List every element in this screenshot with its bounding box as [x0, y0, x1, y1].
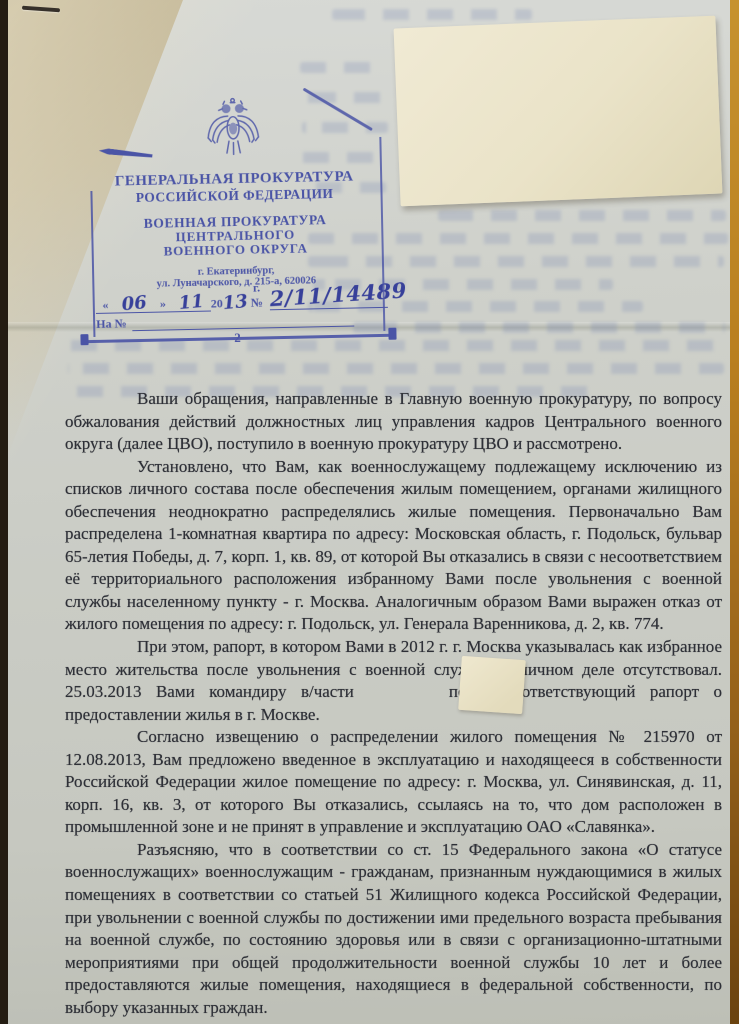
handwritten-month: 11	[178, 294, 204, 312]
quote-close: »	[160, 296, 166, 311]
background-right-edge	[729, 0, 739, 1024]
cover-sticker-large	[394, 16, 723, 207]
date-underline: « 06 » 11	[96, 295, 211, 314]
stamp-corner-mark-left	[80, 334, 88, 345]
year-prefix: 20	[211, 296, 223, 311]
stamp-corner-mark-right	[388, 328, 396, 340]
handwritten-day: 06	[121, 295, 147, 313]
letter-body: Ваши обращения, направленные в Главную в…	[65, 388, 722, 1019]
prosecutor-office-stamp: ГЕНЕРАЛЬНАЯ ПРОКУРАТУРА РОССИЙСКОЙ ФЕДЕР…	[81, 93, 388, 343]
paragraph-4: Согласно извещению о распределении жилог…	[65, 726, 722, 839]
document-page: ГЕНЕРАЛЬНАЯ ПРОКУРАТУРА РОССИЙСКОЙ ФЕДЕР…	[8, 0, 730, 1024]
paragraph-5: Разъясняю, что в соответствии со ст. 15 …	[65, 839, 722, 1019]
paragraph-1: Ваши обращения, направленные в Главную в…	[65, 388, 722, 456]
paragraph-3: При этом, рапорт, в котором Вами в 2012 …	[65, 636, 722, 726]
bleed-through-text-line	[438, 210, 726, 221]
cover-sticker-small	[458, 656, 526, 714]
bleed-through-text-line	[68, 363, 724, 374]
handwritten-doc-number: 2/11/14489	[269, 281, 407, 308]
ref-label: На №	[96, 316, 127, 332]
stamp-corner-slash-left	[98, 148, 152, 159]
bleed-through-text-line	[353, 322, 725, 333]
stamp-corner-slash-right	[303, 88, 373, 132]
coat-of-arms-eagle-icon	[200, 95, 265, 164]
quote-open: «	[102, 298, 108, 313]
handwritten-year: 13	[222, 294, 248, 312]
number-underline: 2/11/14489	[269, 286, 387, 310]
bleed-through-text-line	[300, 62, 386, 73]
paragraph-2: Установлено, что Вам, как военнослужащем…	[65, 456, 722, 636]
photo-of-document: ГЕНЕРАЛЬНАЯ ПРОКУРАТУРА РОССИЙСКОЙ ФЕДЕР…	[0, 0, 739, 1024]
number-label: г. №	[247, 280, 266, 310]
bleed-through-text-line	[332, 9, 532, 20]
